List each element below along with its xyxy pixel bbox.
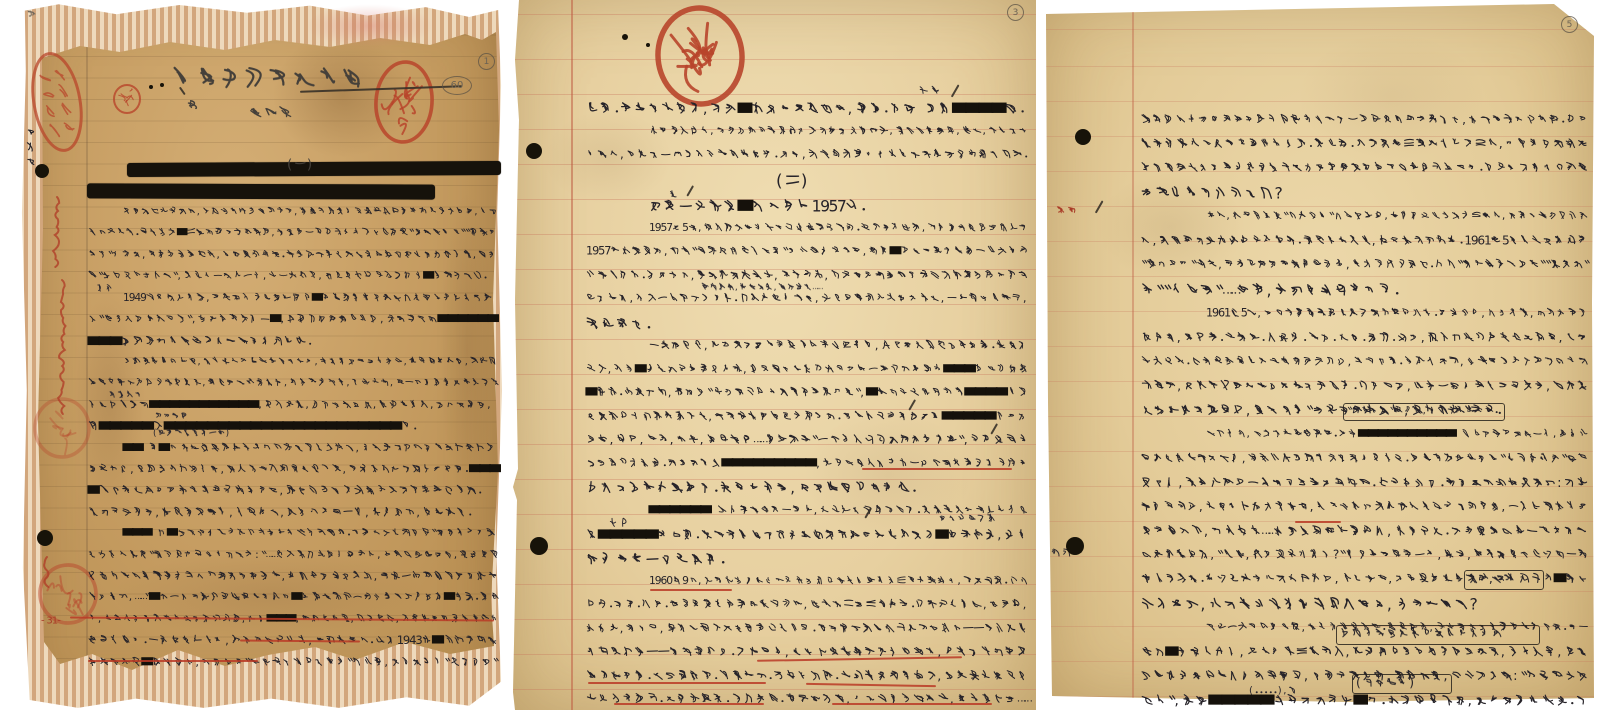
handwritten-line [775, 171, 831, 195]
handwritten-line [585, 432, 1032, 454]
handwritten-line [1464, 570, 1544, 590]
handwritten-line [87, 655, 501, 675]
handwritten-line [87, 462, 503, 482]
ink-blot [35, 164, 49, 178]
handwritten-line [87, 612, 503, 632]
handwritten-line [87, 312, 501, 332]
handwritten-line [1140, 257, 1592, 279]
handwritten-line [585, 691, 1032, 710]
handwritten-line [152, 427, 236, 440]
handwritten-line [184, 96, 210, 120]
handwritten-line [1205, 306, 1592, 328]
handwritten-line [122, 441, 499, 461]
handwritten-line [648, 221, 1032, 243]
red-underline [588, 682, 766, 684]
handwritten-line [87, 419, 421, 439]
handwritten-line [1140, 595, 1586, 617]
handwritten-line [585, 621, 1032, 643]
handwritten-line [108, 389, 168, 402]
handwritten-line [700, 281, 828, 294]
page-number-annotation: 5 [1561, 16, 1578, 33]
handwritten-line [1140, 644, 1592, 666]
handwritten-line [1140, 160, 1592, 182]
handwritten-line [1140, 233, 1592, 255]
handwritten-line [286, 156, 330, 175]
handwritten-line [1140, 136, 1592, 158]
ink-blot [149, 85, 153, 89]
red-underline [862, 468, 1012, 470]
handwritten-line [122, 526, 499, 546]
ink-blot [1075, 129, 1091, 145]
handwritten-line [87, 226, 501, 246]
handwriting-overlay [0, 0, 1600, 710]
handwritten-line [1140, 475, 1592, 497]
redaction-bar [87, 183, 435, 199]
red-margin-mark [50, 195, 64, 274]
red-underline [650, 589, 732, 591]
handwritten-line [1140, 499, 1592, 521]
handwritten-line [938, 512, 1022, 526]
handwritten-line [585, 100, 1029, 122]
ink-blot [526, 143, 542, 159]
handwritten-line [95, 282, 133, 296]
handwritten-line [648, 574, 1032, 596]
handwritten-line [87, 633, 501, 653]
handwritten-line [648, 124, 1032, 146]
handwritten-line [585, 409, 1032, 431]
handwritten-line [87, 483, 486, 503]
handwritten-line [1140, 330, 1592, 352]
handwritten-line [1140, 378, 1592, 400]
handwritten-line [648, 338, 1032, 360]
manuscript-photo: 1 60 3 5 [0, 0, 1600, 710]
handwritten-line [585, 362, 1032, 384]
handwritten-line [585, 550, 731, 572]
handwritten-line [248, 104, 322, 126]
ink-blot [530, 537, 548, 555]
handwritten-line [585, 668, 1032, 690]
ink-blot [160, 83, 164, 87]
handwritten-line [585, 479, 921, 501]
red-margin-mark [40, 555, 54, 599]
red-margin-mark [55, 278, 69, 422]
handwritten-line [87, 505, 476, 525]
handwritten-line [87, 548, 503, 568]
handwritten-line [1336, 625, 1540, 645]
handwritten-line [1205, 209, 1592, 231]
page-number-annotation: 3 [1007, 4, 1024, 21]
handwritten-line [1352, 674, 1452, 694]
handwritten-line [585, 385, 1032, 407]
handwritten-line [1140, 354, 1592, 376]
handwritten-line [87, 248, 501, 268]
handwritten-line [40, 614, 66, 628]
handwritten-line [122, 355, 501, 375]
handwritten-line [122, 205, 501, 225]
handwritten-line [585, 291, 1032, 313]
handwritten-line [585, 597, 1032, 619]
handwritten-line [1140, 281, 1406, 303]
seal-artist-oval-seal [370, 56, 438, 152]
handwritten-line [1248, 684, 1316, 698]
handwritten-line [585, 244, 1032, 266]
handwritten-line [1140, 692, 1592, 710]
page-number-annotation: 1 [478, 53, 495, 70]
handwritten-line [1140, 451, 1592, 473]
handwritten-line [918, 84, 956, 100]
handwritten-line [1343, 403, 1505, 421]
ink-blot [37, 530, 53, 546]
red-underline [832, 703, 992, 705]
handwritten-line [1140, 184, 1286, 206]
ink-blot [646, 43, 650, 47]
handwritten-line [1205, 427, 1592, 449]
handwritten-line [1140, 112, 1592, 134]
handwritten-line [87, 334, 316, 354]
handwritten-line [1054, 203, 1090, 221]
handwritten-line [87, 569, 501, 589]
ink-blot [1066, 537, 1084, 555]
handwritten-line [87, 269, 491, 289]
page-number-annotation: 60 [442, 76, 472, 95]
handwritten-line [585, 147, 1032, 169]
handwritten-line [87, 590, 503, 610]
seal-small-round-seal [108, 79, 146, 123]
handwritten-line [1140, 523, 1592, 545]
handwritten-line [585, 644, 1032, 666]
handwritten-line [26, 6, 46, 24]
ink-mark [1095, 200, 1103, 213]
handwritten-line [122, 291, 496, 311]
handwritten-line [1140, 547, 1592, 569]
handwritten-line [585, 315, 663, 337]
red-underline [1295, 521, 1341, 523]
red-underline [88, 660, 258, 662]
handwritten-line [154, 410, 210, 423]
seal-collector-oval-seal [652, 2, 748, 114]
handwritten-line [585, 527, 1032, 549]
ink-blot [622, 34, 628, 40]
handwritten-line [608, 516, 644, 532]
red-underline [614, 703, 764, 705]
